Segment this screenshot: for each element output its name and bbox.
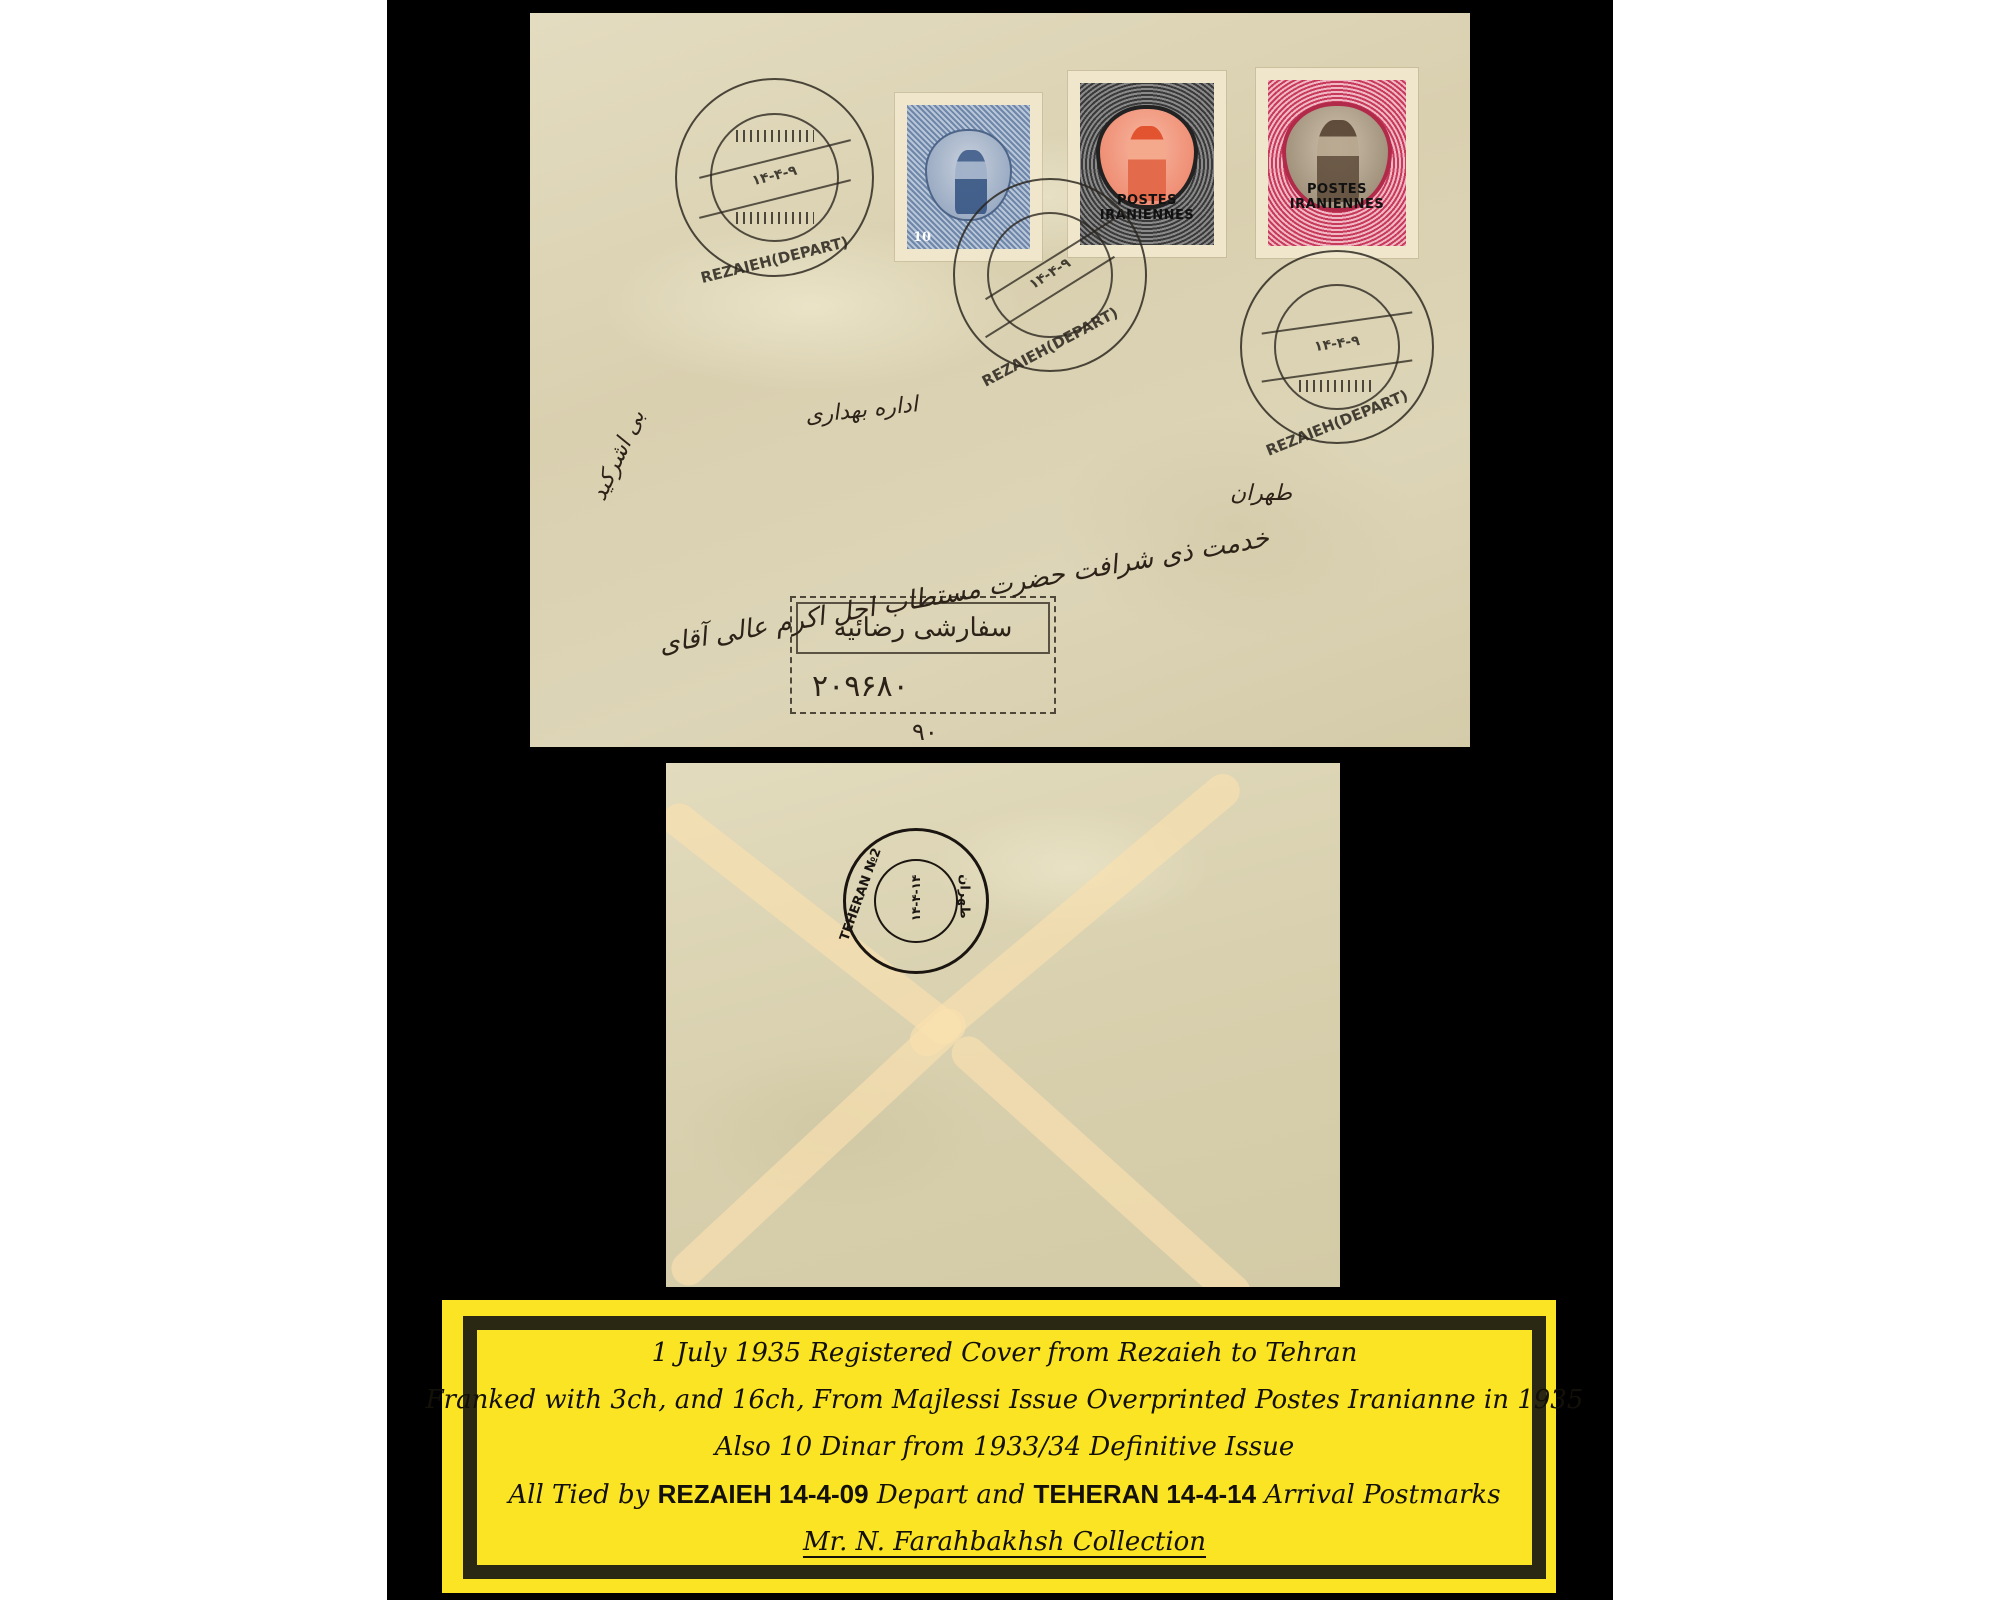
caption-text: 1 July 1935 Registered Cover from Rezaie… (477, 1330, 1532, 1565)
caption-depart-mark: REZAIEH 14-4-09 (658, 1479, 869, 1509)
exhibit-caption-card: 1 July 1935 Registered Cover from Rezaie… (442, 1300, 1556, 1593)
caption-arrival-mark: TEHERAN 14-4-14 (1034, 1479, 1257, 1509)
caption-prefix: All Tied by (508, 1480, 649, 1510)
stamp-red-16ch: POSTES IRANIENNES (1256, 68, 1418, 258)
flap-band-left-lower (666, 1002, 973, 1287)
postmark-rezaieh-2: ۱۴-۴-۹ REZAIEH(DEPART) (953, 178, 1147, 372)
postmark-persian-text: طهران (957, 874, 972, 918)
caption-line-postmarks: All Tied by REZAIEH 14-4-09 Depart and T… (508, 1478, 1500, 1511)
caption-credit: Mr. N. Farahbakhsh Collection (803, 1526, 1206, 1558)
envelope-back: ۱۴-۴-۱۴ TEHERAN №2 طهران (666, 763, 1340, 1287)
postmark-ticks (736, 212, 814, 224)
registration-label: سفارشی رضائیه ۲۰۹۶۸۰ (790, 596, 1056, 714)
address-line-side: بی اشرکید (587, 406, 651, 504)
stamp-overprint: POSTES IRANIENNES (1268, 182, 1406, 212)
caption-line-title: 1 July 1935 Registered Cover from Rezaie… (652, 1337, 1358, 1369)
postmark-date: ۱۴-۴-۱۴ (909, 828, 923, 968)
address-line-department: اداره بهداری (804, 392, 919, 429)
flap-band-right-lower (945, 1029, 1258, 1287)
portrait-icon (1128, 126, 1166, 201)
registration-office: سفارشی رضائیه (796, 602, 1050, 654)
stamp-value: 10 (913, 230, 931, 245)
postmark-rezaieh-1: ۱۴-۴-۹ REZAIEH(DEPART) (675, 78, 874, 277)
postmark-rezaieh-3: ۱۴-۴-۹ REZAIEH(DEPART) (1240, 250, 1434, 444)
stamp-frame: POSTES IRANIENNES (1268, 80, 1406, 246)
postmark-ticks (736, 130, 814, 142)
registration-note: ۹۰ (912, 718, 938, 746)
caption-middle: Depart and (877, 1480, 1025, 1510)
address-line-city: طهران (1230, 481, 1292, 506)
registration-number: ۲۰۹۶۸۰ (812, 669, 909, 704)
caption-suffix: Arrival Postmarks (1264, 1480, 1500, 1510)
caption-line-definitive: Also 10 Dinar from 1933/34 Definitive Is… (715, 1431, 1295, 1463)
postmark-ticks (1299, 380, 1375, 392)
envelope-front: 10 POSTES IRANIENNES POSTES IRANIENNES ۱… (530, 13, 1470, 747)
postmark-teheran-no2: ۱۴-۴-۱۴ TEHERAN №2 طهران (843, 828, 989, 974)
caption-line-franking: Franked with 3ch, and 16ch, From Majless… (426, 1384, 1584, 1416)
